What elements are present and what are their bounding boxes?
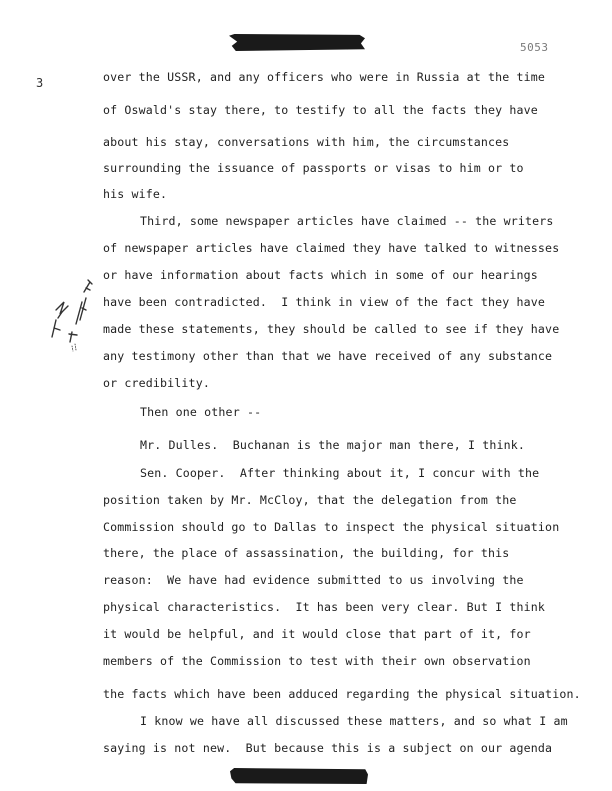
text-line: the facts which have been adduced regard… xyxy=(103,687,581,701)
top-redaction xyxy=(229,34,365,51)
text-line: Sen. Cooper. After thinking about it, I … xyxy=(140,466,539,480)
text-line: made these statements, they should be ca… xyxy=(103,322,559,336)
text-line: it would be helpful, and it would close … xyxy=(103,627,531,641)
text-line: of newspaper articles have claimed they … xyxy=(103,241,559,255)
text-line: there, the place of assassination, the b… xyxy=(103,546,509,560)
text-line: have been contradicted. I think in view … xyxy=(103,295,545,309)
document-page: 5053 3 over the USSR, and any officers w… xyxy=(0,0,612,791)
text-line: his wife. xyxy=(103,187,167,201)
text-line: or credibility. xyxy=(103,376,210,390)
page-number: 5053 xyxy=(520,41,549,54)
text-line: surrounding the issuance of passports or… xyxy=(103,161,524,175)
bottom-redaction xyxy=(230,768,368,784)
text-line: any testimony other than that we have re… xyxy=(103,349,552,363)
text-line: Third, some newspaper articles have clai… xyxy=(140,214,554,228)
text-line: position taken by Mr. McCloy, that the d… xyxy=(103,493,517,507)
text-line: members of the Commission to test with t… xyxy=(103,654,531,668)
text-line: I know we have all discussed these matte… xyxy=(140,714,568,728)
handwriting-icon xyxy=(42,262,97,352)
text-line: or have information about facts which in… xyxy=(103,268,538,282)
handwritten-annotation xyxy=(42,262,97,352)
text-line: Commission should go to Dallas to inspec… xyxy=(103,520,559,534)
text-line: of Oswald's stay there, to testify to al… xyxy=(103,103,538,117)
text-line: saying is not new. But because this is a… xyxy=(103,741,552,755)
margin-line-number: 3 xyxy=(36,76,43,90)
text-line: over the USSR, and any officers who were… xyxy=(103,70,545,84)
text-line: about his stay, conversations with him, … xyxy=(103,135,509,149)
text-line: Then one other -- xyxy=(140,405,261,419)
text-line: Mr. Dulles. Buchanan is the major man th… xyxy=(140,438,525,452)
text-line: physical characteristics. It has been ve… xyxy=(103,600,545,614)
text-line: reason: We have had evidence submitted t… xyxy=(103,573,524,587)
